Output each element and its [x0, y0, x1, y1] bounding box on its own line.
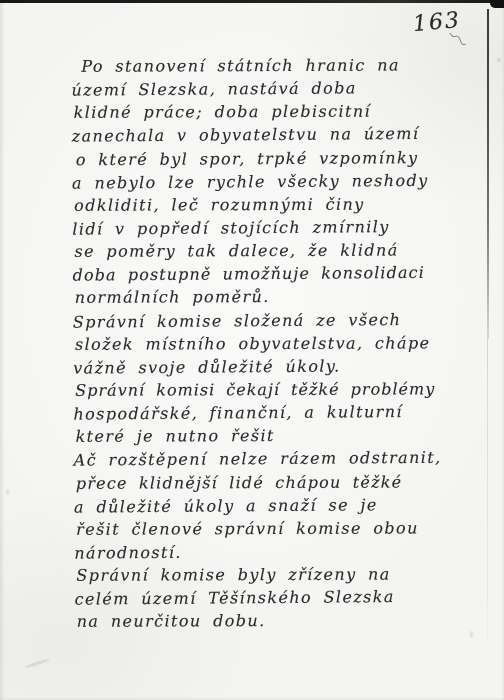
- scan-top-edge: [0, 0, 504, 3]
- manuscript-line: Správní komise byly zřízeny na: [76, 562, 486, 587]
- manuscript-line: na neurčitou dobu.: [77, 609, 487, 634]
- page-fold-line-lower: [487, 339, 488, 639]
- manuscript-line: a nebylo lze rychle všecky neshody: [72, 168, 482, 194]
- manuscript-line: lidí v popředí stojících zmírnily: [72, 214, 482, 240]
- manuscript-line: a důležité úkoly a snaží se je: [74, 492, 484, 518]
- manuscript-line: přece klidnější lidé chápou těžké: [76, 470, 486, 495]
- scan-noise: [24, 658, 50, 669]
- manuscript-line: řešit členové správní komise obou: [76, 516, 486, 541]
- manuscript-line: zanechala v obyvatelstvu na území: [72, 122, 482, 148]
- manuscript-text: Po stanovení státních hranic naúzemí Sle…: [72, 53, 486, 634]
- page-fold-line: [487, 9, 489, 339]
- manuscript-line: se poměry tak dalece, že klidná: [74, 238, 484, 263]
- manuscript-line: normálních poměrů.: [75, 285, 485, 310]
- manuscript-line: celém území Těšínského Slezska: [74, 585, 484, 611]
- manuscript-line: Ač rozštěpení nelze rázem odstranit,: [74, 446, 484, 472]
- scanned-page: 163 Po stanovení státních hranic naúzemí…: [0, 0, 504, 700]
- scan-noise: [497, 58, 501, 62]
- manuscript-line: Správní komise složená ze všech: [73, 307, 483, 333]
- manuscript-line: složek místního obyvatelstva, chápe: [75, 331, 485, 356]
- scan-noise: [5, 489, 9, 495]
- manuscript-line: které je nutno řešit: [76, 423, 486, 448]
- manuscript-line: klidné práce; doba plebiscitní: [74, 99, 484, 124]
- manuscript-line: odkliditi, leč rozumnými činy: [74, 192, 484, 217]
- manuscript-line: národností.: [74, 538, 484, 564]
- manuscript-line: doba postupně umožňuje konsolidaci: [72, 261, 482, 287]
- manuscript-line: hospodářské, finanční, a kulturní: [73, 400, 483, 426]
- manuscript-line: Po stanovení státních hranic na: [73, 53, 483, 78]
- manuscript-line: o které byl spor, trpké vzpomínky: [76, 145, 486, 171]
- scan-noise: [470, 631, 473, 638]
- manuscript-line: vážně svoje důležité úkoly.: [73, 353, 483, 379]
- pen-flourish: [447, 30, 469, 46]
- manuscript-line: Správní komisi čekají těžké problémy: [75, 377, 485, 402]
- scan-corner-mark: [490, 0, 504, 8]
- manuscript-line: území Slezska, nastává doba: [71, 76, 481, 102]
